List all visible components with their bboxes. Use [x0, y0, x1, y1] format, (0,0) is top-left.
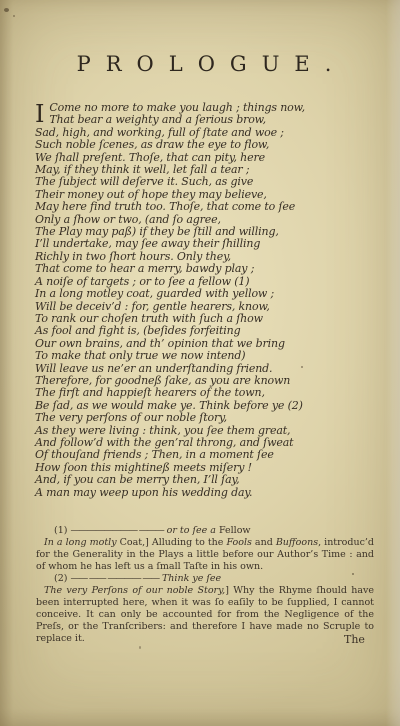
poem-line: And, if you can be merry then, I’ll ſay,: [35, 474, 382, 486]
poem-lines: Come no more to make you laugh ; things …: [35, 102, 382, 499]
drop-cap: I: [35, 102, 49, 125]
footnote-text: The very Perſons of our noble Story,: [44, 585, 225, 596]
catchword: The: [344, 633, 365, 646]
prologue-poem: I Come no more to make you laugh ; thing…: [35, 102, 382, 499]
poem-line: The firſt and happieſt hearers of the to…: [35, 387, 382, 399]
ink-speck: [13, 15, 15, 17]
footnote-label: (2): [54, 573, 70, 584]
poem-line: The ſubject will deſerve it. Such, as gi…: [35, 176, 382, 188]
poem-line: A man may weep upon his wedding day.: [35, 487, 382, 499]
page-title: PROLOGUE.: [22, 52, 386, 76]
footnotes: (1) ———————— ——— or to ſee a FellowIn a …: [36, 525, 374, 645]
footnote-ref-text: Fellow: [219, 525, 251, 536]
footnote-body: The very Perſons of our noble Story,] Wh…: [36, 585, 374, 645]
poem-line: I’ll undertake, may ſee away their ſhill…: [35, 238, 382, 250]
ink-speck: [139, 646, 141, 649]
footnote-ref: (2) —— —— ———— —— Think ye ſee: [36, 573, 374, 585]
poem-line: That bear a weighty and a ſerious brow,: [35, 114, 382, 126]
footnote-ref-text: Think ye ſee: [159, 573, 221, 584]
footnote-text: Fools: [226, 537, 251, 548]
dash-rule: —— —— ———— ——: [70, 573, 158, 584]
footnote-text: Buffoons: [276, 537, 318, 548]
poem-line: That come to hear a merry, bawdy play ;: [35, 263, 382, 275]
dash-rule: ———————— ———: [70, 525, 163, 536]
footnote-body: In a long motly Coat,] Alluding to the F…: [36, 537, 374, 573]
poem-line: Of thouſand friends ; Then, in a moment …: [35, 449, 382, 461]
poem-line: As fool and fight is, (beſides forfeitin…: [35, 325, 382, 337]
footnote-text: In a long motly: [44, 537, 120, 548]
book-page: PROLOGUE. I Come no more to make you lau…: [0, 0, 400, 726]
poem-line: May here find truth too. Thoſe, that com…: [35, 201, 382, 213]
poem-line: In a long motley coat, guarded with yell…: [35, 288, 382, 300]
footnote-label: (1): [54, 525, 70, 536]
poem-line: Such noble ſcenes, as draw the eye to fl…: [35, 139, 382, 151]
ink-speck: [4, 8, 9, 12]
poem-line: To make that only true we now intend): [35, 350, 382, 362]
poem-line: The very perſons of our noble ſtory,: [35, 412, 382, 424]
footnote-text: Coat,] Alluding to the: [120, 537, 227, 548]
footnote-text: and: [252, 537, 276, 548]
footnote-ref: (1) ———————— ——— or to ſee a Fellow: [36, 525, 374, 537]
footnote-ref-text: or to ſee a: [164, 525, 219, 536]
